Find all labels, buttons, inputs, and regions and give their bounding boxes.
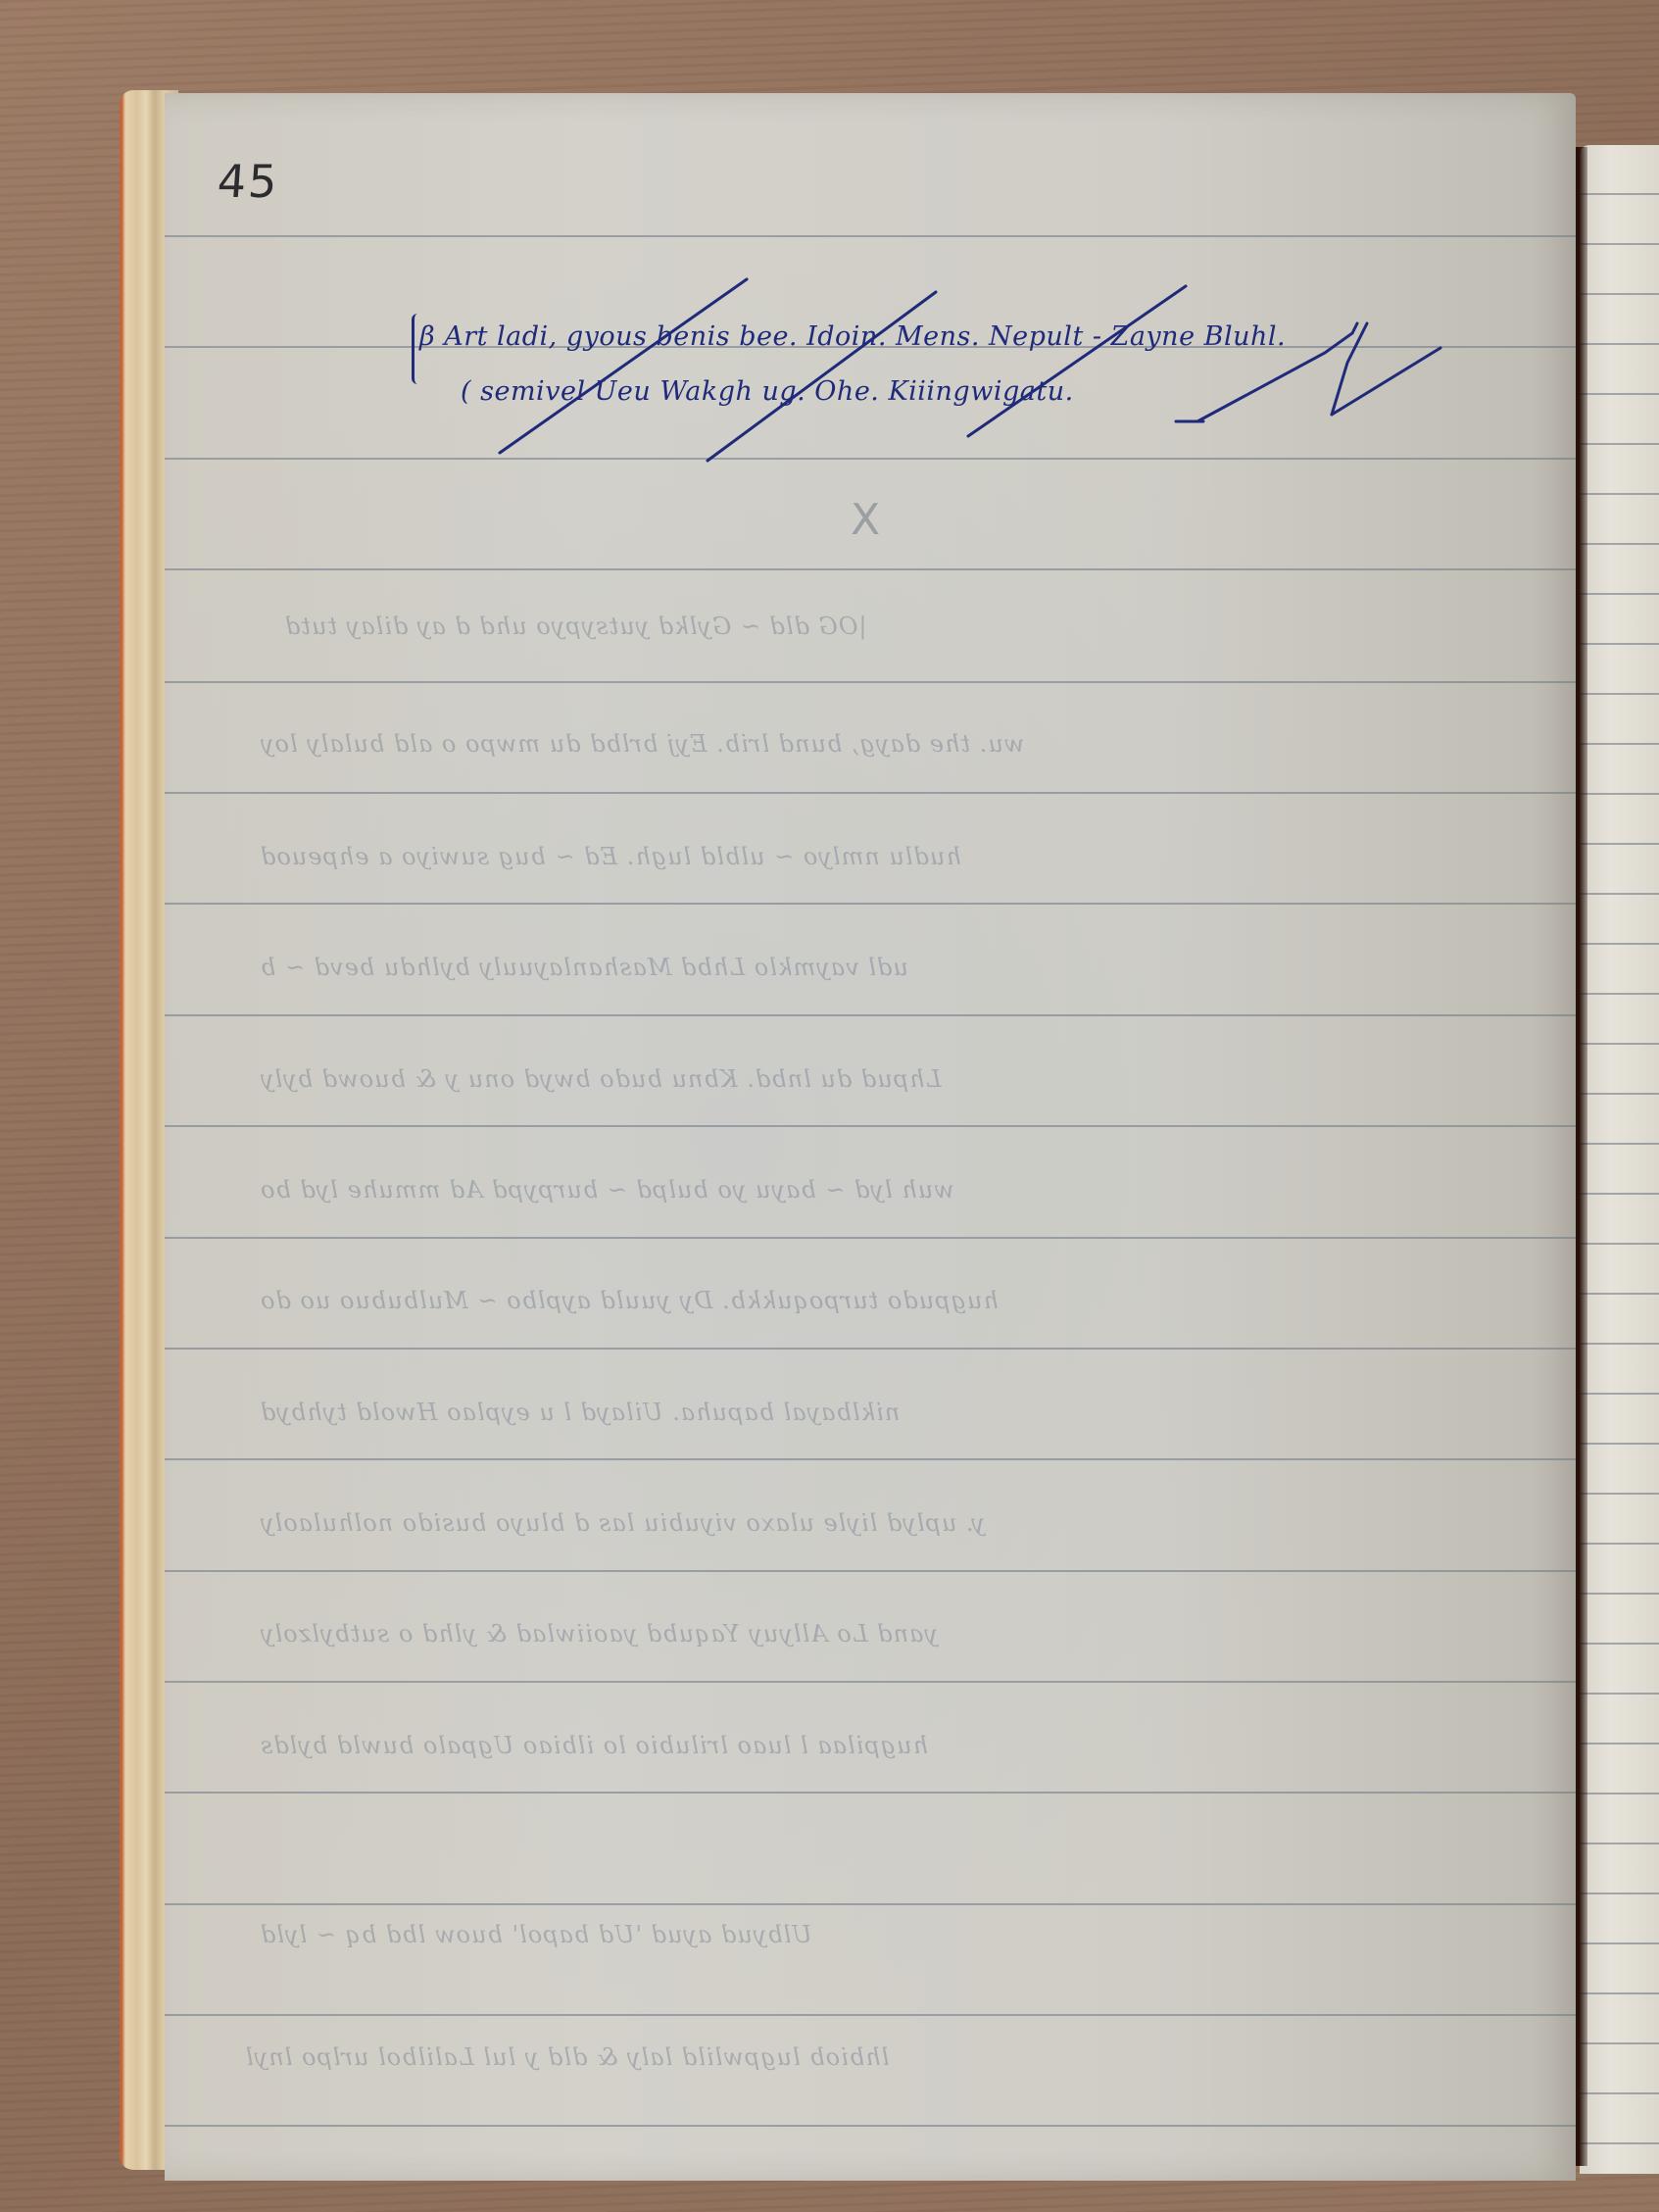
- bleed-through-text: niklbayal bapuha. Uilayd l u eyplao Hwol…: [260, 1399, 900, 1426]
- ruled-line: [165, 1348, 1576, 1350]
- ruled-line: [165, 1681, 1576, 1683]
- ruled-line: [165, 458, 1576, 460]
- ruled-line: [165, 1903, 1576, 1905]
- annotation-line-1: β Art ladi, gyous benis bee. Idoin. Mens…: [419, 321, 1286, 352]
- ruled-line: [165, 1458, 1576, 1460]
- next-page-edge: [1580, 145, 1659, 2174]
- ruled-line: [165, 1237, 1576, 1239]
- bleed-through-text: hugpilaa l luao lrilubio lo ilbiao Ugpal…: [260, 1732, 928, 1759]
- ruled-line: [165, 2125, 1576, 2127]
- ruled-line: [165, 1125, 1576, 1127]
- ruled-line: [165, 568, 1576, 570]
- page-number: 45: [216, 155, 280, 208]
- annotation-line-2: ( semivel Ueu Wakgh ug. Ohe. Kiiingwigat…: [461, 376, 1074, 407]
- ruled-line: [165, 2014, 1576, 2016]
- bleed-through-text: hudlu nmlyo ~ ulbld lugh. Ed ~ bug suwiy…: [260, 843, 961, 870]
- ruled-line: [165, 1792, 1576, 1794]
- bleed-through-text: yand Lo Allyuy Yaqubd yaoiiwlad & ylhd o…: [260, 1620, 938, 1647]
- bleed-through-text: udl vaymklo Lhbd Mashanlayuuly bylhdu be…: [260, 954, 908, 981]
- next-page-rules: [1580, 145, 1659, 2174]
- ruled-line: [165, 1014, 1576, 1016]
- bleed-through-text: wu. the dayg, bund lrib. Eyj brlbd du mw…: [260, 730, 1024, 758]
- center-x-mark: X: [851, 495, 880, 545]
- bleed-through-text: y. uplyd liyle ulaxo viyubiu las d bluyo…: [260, 1509, 985, 1537]
- ruled-line: [165, 792, 1576, 794]
- bleed-through-text: Ulbyud ayud 'Ud bapol' buow lbd bq ~ lyl…: [260, 1921, 812, 1948]
- bleed-through-text: wuh lyd ~ bayu yo bulpd ~ burpypd Ad mmu…: [260, 1176, 954, 1204]
- ruled-line: [165, 1570, 1576, 1572]
- ruled-line: [165, 681, 1576, 683]
- bleed-through-text: |OG dld ~ Gylkd yutsypyo uhd d ay dilay …: [284, 613, 867, 640]
- bleed-through-text: lhbiob lugpwlild laly & dld y lul Lalilb…: [245, 2043, 889, 2071]
- ruled-line: [165, 903, 1576, 905]
- ruled-line: [165, 235, 1576, 237]
- bleed-through-text: Lhpud du lnbd. Kbnu budo bwyd onu y & bu…: [260, 1065, 941, 1093]
- bleed-through-text: hugpudo turpoqukkb. Dy yuuld ayplbo ~ Mu…: [260, 1287, 999, 1314]
